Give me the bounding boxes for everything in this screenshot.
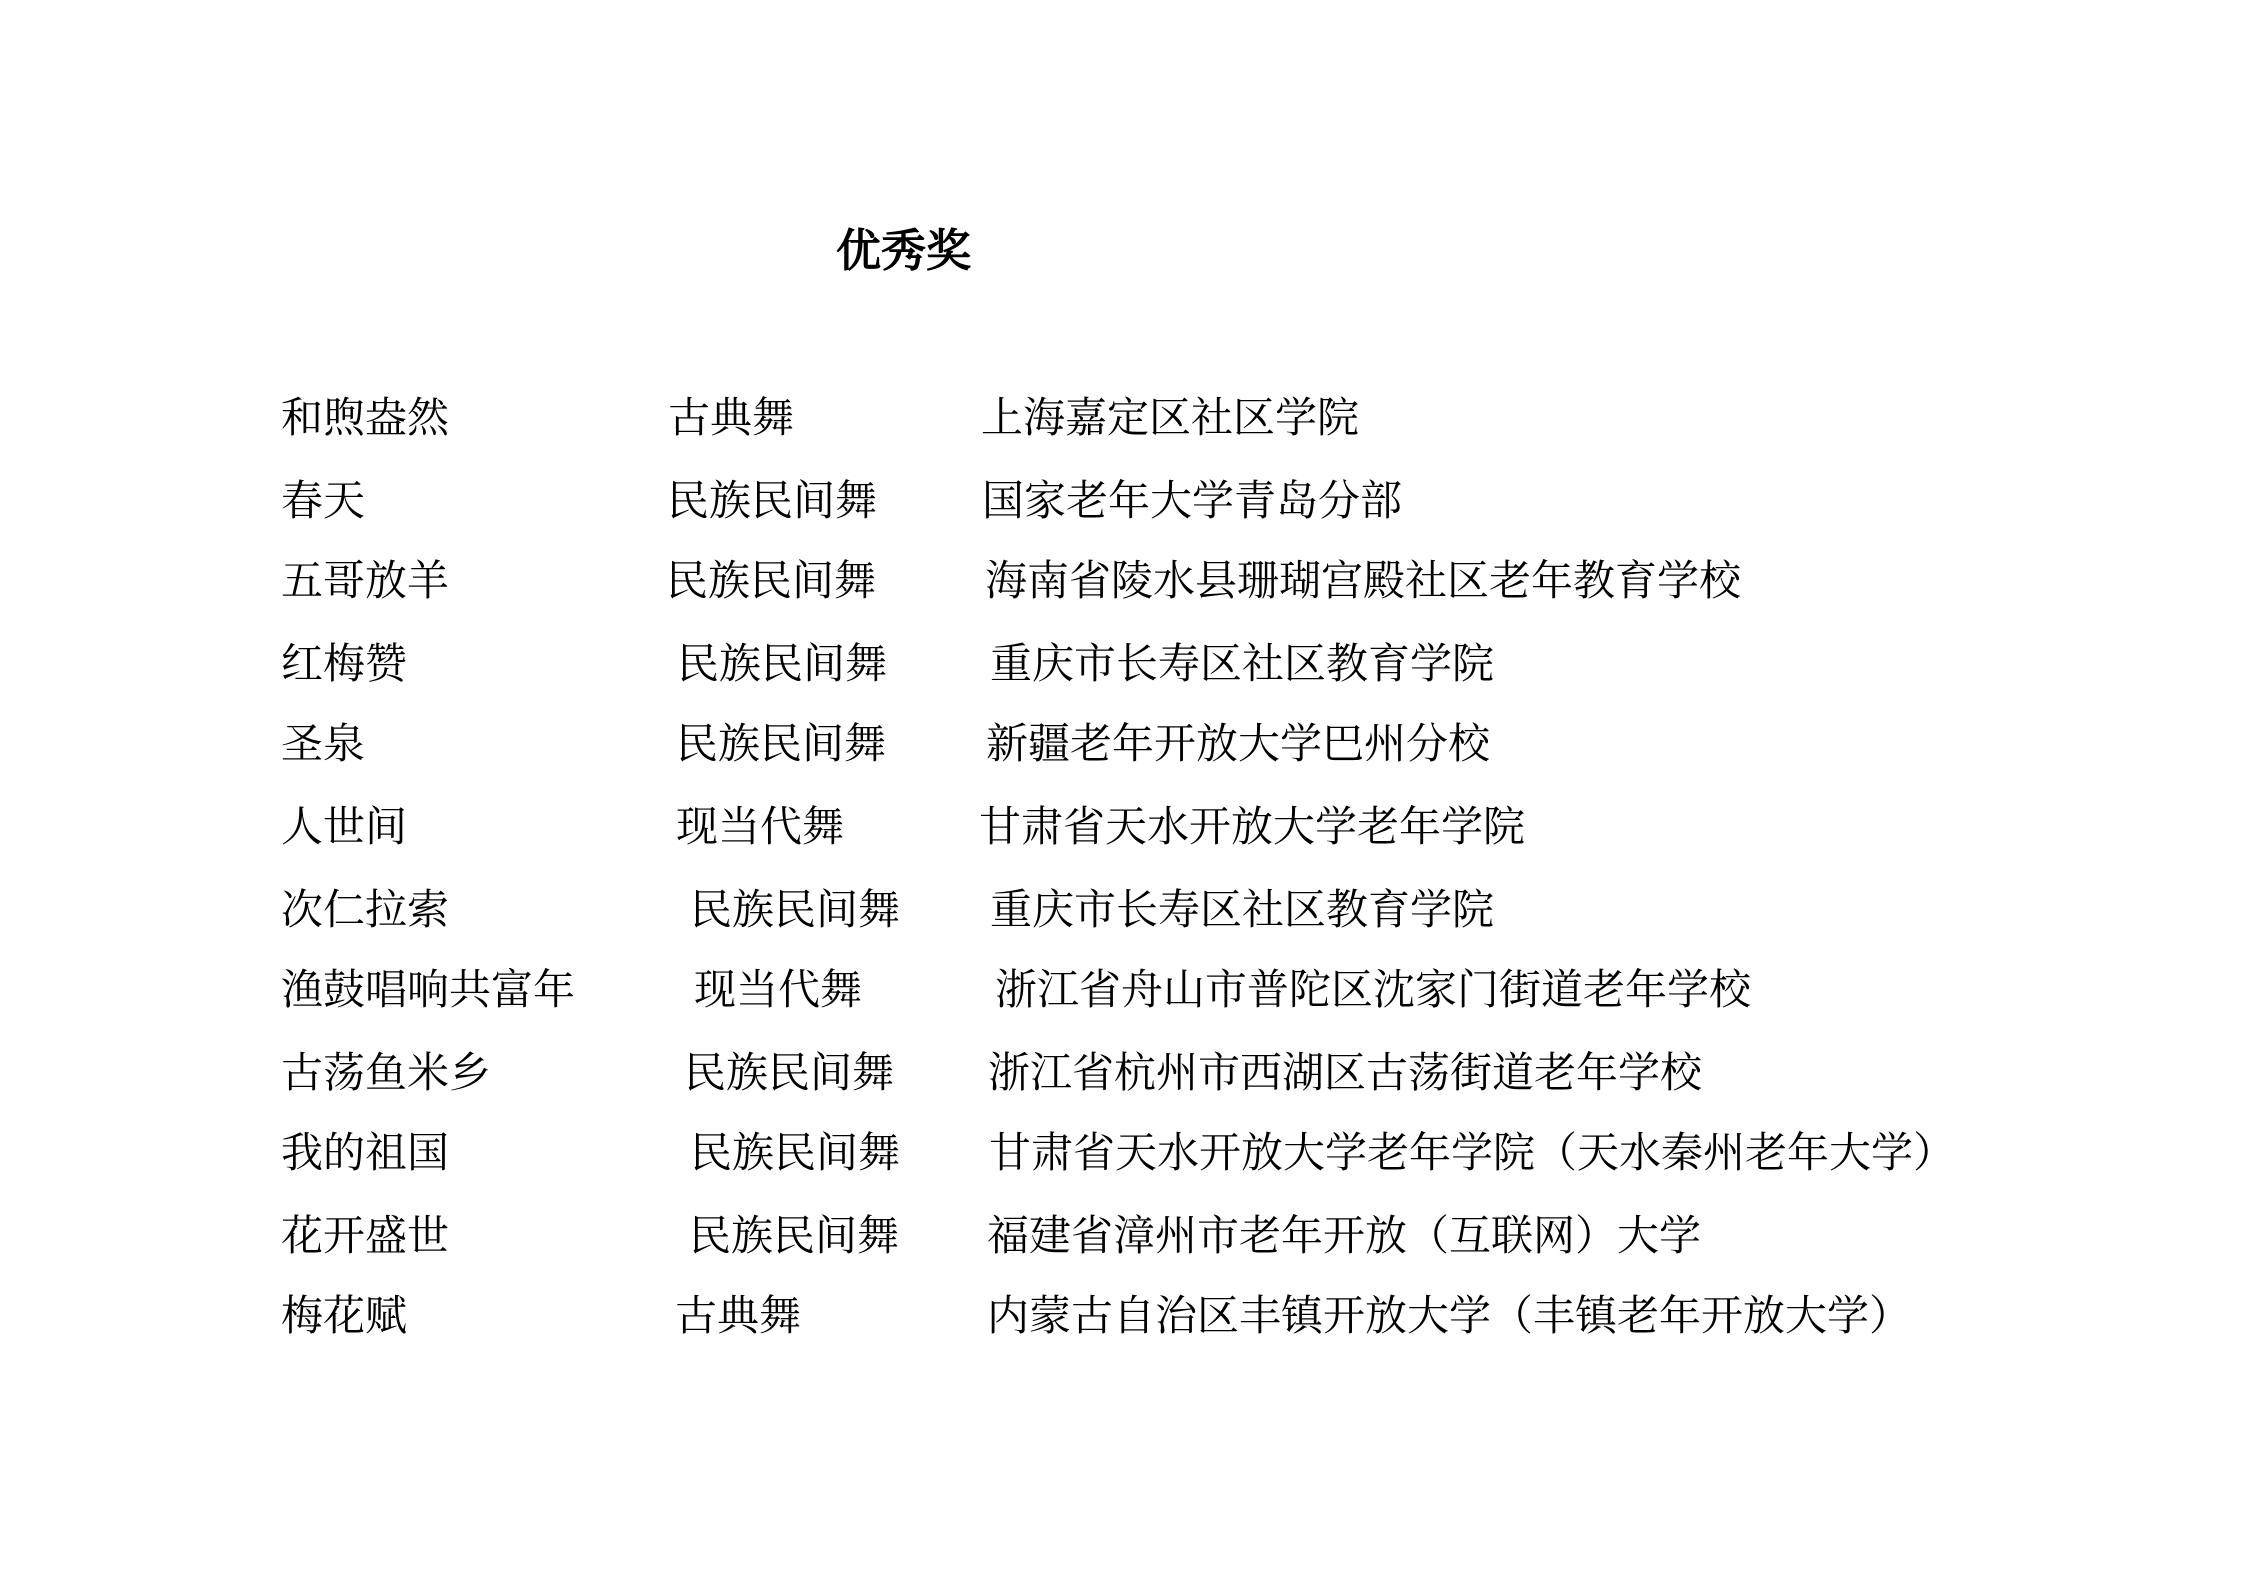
award-row: 和煦盎然 古典舞 上海嘉定区社区学院 (0, 397, 2245, 447)
dance-type-cell: 民族民间舞 (667, 480, 877, 524)
dance-type-cell: 古典舞 (675, 1295, 801, 1339)
work-name-cell: 春天 (281, 480, 365, 524)
award-row: 红梅赞 民族民间舞 重庆市长寿区社区教育学院 (0, 643, 2245, 693)
organization-cell: 甘肃省天水开放大学老年学院（天水秦州老年大学） (989, 1132, 1955, 1176)
award-row: 春天 民族民间舞 国家老年大学青岛分部 (0, 480, 2245, 530)
organization-cell: 浙江省舟山市普陀区沈家门街道老年学校 (995, 969, 1751, 1013)
award-row: 次仁拉索 民族民间舞 重庆市长寿区社区教育学院 (0, 889, 2245, 939)
award-row: 我的祖国 民族民间舞 甘肃省天水开放大学老年学院（天水秦州老年大学） (0, 1132, 2245, 1182)
dance-type-cell: 民族民间舞 (684, 1052, 894, 1096)
work-name-cell: 渔鼓唱响共富年 (281, 969, 575, 1013)
work-name-cell: 古荡鱼米乡 (281, 1052, 491, 1096)
work-name-cell: 我的祖国 (281, 1132, 449, 1176)
document-page: 优秀奖 和煦盎然 古典舞 上海嘉定区社区学院 春天 民族民间舞 国家老年大学青岛… (0, 0, 2245, 1587)
award-row: 人世间 现当代舞 甘肃省天水开放大学老年学院 (0, 806, 2245, 856)
work-name-cell: 红梅赞 (281, 643, 407, 687)
dance-type-cell: 现当代舞 (694, 969, 862, 1013)
organization-cell: 浙江省杭州市西湖区古荡街道老年学校 (988, 1052, 1702, 1096)
dance-type-cell: 民族民间舞 (689, 1215, 899, 1259)
award-row: 渔鼓唱响共富年 现当代舞 浙江省舟山市普陀区沈家门街道老年学校 (0, 969, 2245, 1019)
dance-type-cell: 民族民间舞 (690, 889, 900, 933)
organization-cell: 内蒙古自治区丰镇开放大学（丰镇老年开放大学） (987, 1295, 1911, 1339)
dance-type-cell: 现当代舞 (676, 806, 844, 850)
work-name-cell: 梅花赋 (281, 1295, 407, 1339)
dance-type-cell: 民族民间舞 (676, 723, 886, 767)
award-row: 梅花赋 古典舞 内蒙古自治区丰镇开放大学（丰镇老年开放大学） (0, 1295, 2245, 1345)
award-row: 古荡鱼米乡 民族民间舞 浙江省杭州市西湖区古荡街道老年学校 (0, 1052, 2245, 1102)
organization-cell: 上海嘉定区社区学院 (981, 397, 1359, 441)
organization-cell: 甘肃省天水开放大学老年学院 (979, 806, 1525, 850)
work-name-cell: 圣泉 (281, 723, 365, 767)
organization-cell: 重庆市长寿区社区教育学院 (990, 643, 1494, 687)
work-name-cell: 花开盛世 (281, 1215, 449, 1259)
organization-cell: 海南省陵水县珊瑚宫殿社区老年教育学校 (985, 560, 1741, 604)
organization-cell: 福建省漳州市老年开放（互联网）大学 (987, 1215, 1701, 1259)
page-title: 优秀奖 (836, 228, 971, 273)
dance-type-cell: 民族民间舞 (690, 1132, 900, 1176)
award-row: 五哥放羊 民族民间舞 海南省陵水县珊瑚宫殿社区老年教育学校 (0, 560, 2245, 610)
work-name-cell: 和煦盎然 (281, 397, 449, 441)
work-name-cell: 次仁拉索 (281, 889, 449, 933)
work-name-cell: 五哥放羊 (281, 560, 449, 604)
work-name-cell: 人世间 (281, 806, 407, 850)
dance-type-cell: 民族民间舞 (677, 643, 887, 687)
dance-type-cell: 民族民间舞 (666, 560, 876, 604)
award-row: 圣泉 民族民间舞 新疆老年开放大学巴州分校 (0, 723, 2245, 773)
award-row: 花开盛世 民族民间舞 福建省漳州市老年开放（互联网）大学 (0, 1215, 2245, 1265)
organization-cell: 国家老年大学青岛分部 (982, 480, 1402, 524)
organization-cell: 新疆老年开放大学巴州分校 (986, 723, 1490, 767)
dance-type-cell: 古典舞 (668, 397, 794, 441)
organization-cell: 重庆市长寿区社区教育学院 (990, 889, 1494, 933)
